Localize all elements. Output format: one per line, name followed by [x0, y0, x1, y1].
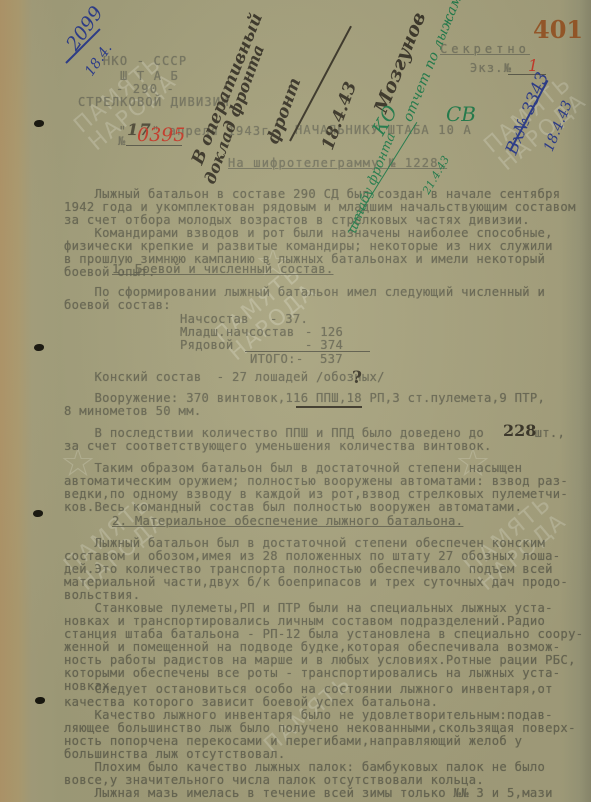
- total-label: ИТОГО:-: [250, 353, 303, 365]
- copy-label: Экз.№: [470, 62, 512, 74]
- header-staff: Ш Т А Б: [120, 70, 179, 82]
- staff-label: Младш.начсостав: [180, 326, 295, 338]
- handwritten-green-mark: СВ: [446, 102, 476, 126]
- horses-line: Конский состав - 27 лошадей /обозных/: [64, 371, 385, 383]
- punch-hole: [35, 697, 45, 704]
- reference-line: На шифротелеграмму № 1228.: [228, 157, 447, 169]
- handwritten-resolution-date: 18.4.43: [318, 79, 361, 153]
- staff-label: Начсостав: [180, 313, 249, 325]
- punch-hole: [34, 120, 44, 127]
- header-org: НКО - СССР: [103, 55, 187, 67]
- section-1-lead: По сформировании лыжный батальон имел сл…: [64, 286, 545, 298]
- number-underline: [126, 145, 182, 146]
- armament-line: Вооружение: 370 винтовок,116 ППШ,18 РП,3…: [64, 392, 545, 404]
- document-page: ПАМЯТЬ НАРОДА ПАМЯТЬ НАРОДА ПАМЯТЬ НАРОД…: [0, 0, 591, 802]
- staff-value: - 37.: [270, 313, 308, 325]
- punch-hole: [33, 510, 43, 517]
- section-2-title: 2. Материальное обеспечение лыжного бата…: [112, 515, 463, 527]
- section-2-paragraph-6: Лыжная мазь имелась в течение всей зимы …: [64, 787, 553, 799]
- classification-label: Секретно: [440, 43, 530, 55]
- sheet-number: 401: [533, 15, 583, 44]
- punch-hole: [34, 344, 44, 351]
- total-value: 537: [320, 353, 343, 365]
- staff-value: - 374: [305, 339, 343, 351]
- header-division: СТРЕЛКОВОЙ ДИВИЗИИ: [78, 96, 230, 108]
- header-division-number: - 290 -: [116, 83, 175, 95]
- staff-label: Рядовой: [180, 339, 233, 351]
- pencil-underline: [296, 406, 362, 408]
- section-1-title: 1. Боевой и численный состав.: [112, 263, 334, 275]
- pencil-question-mark: ?: [352, 368, 362, 388]
- handwritten-document-number: 0395: [137, 124, 185, 146]
- staff-value: - 126: [305, 326, 343, 338]
